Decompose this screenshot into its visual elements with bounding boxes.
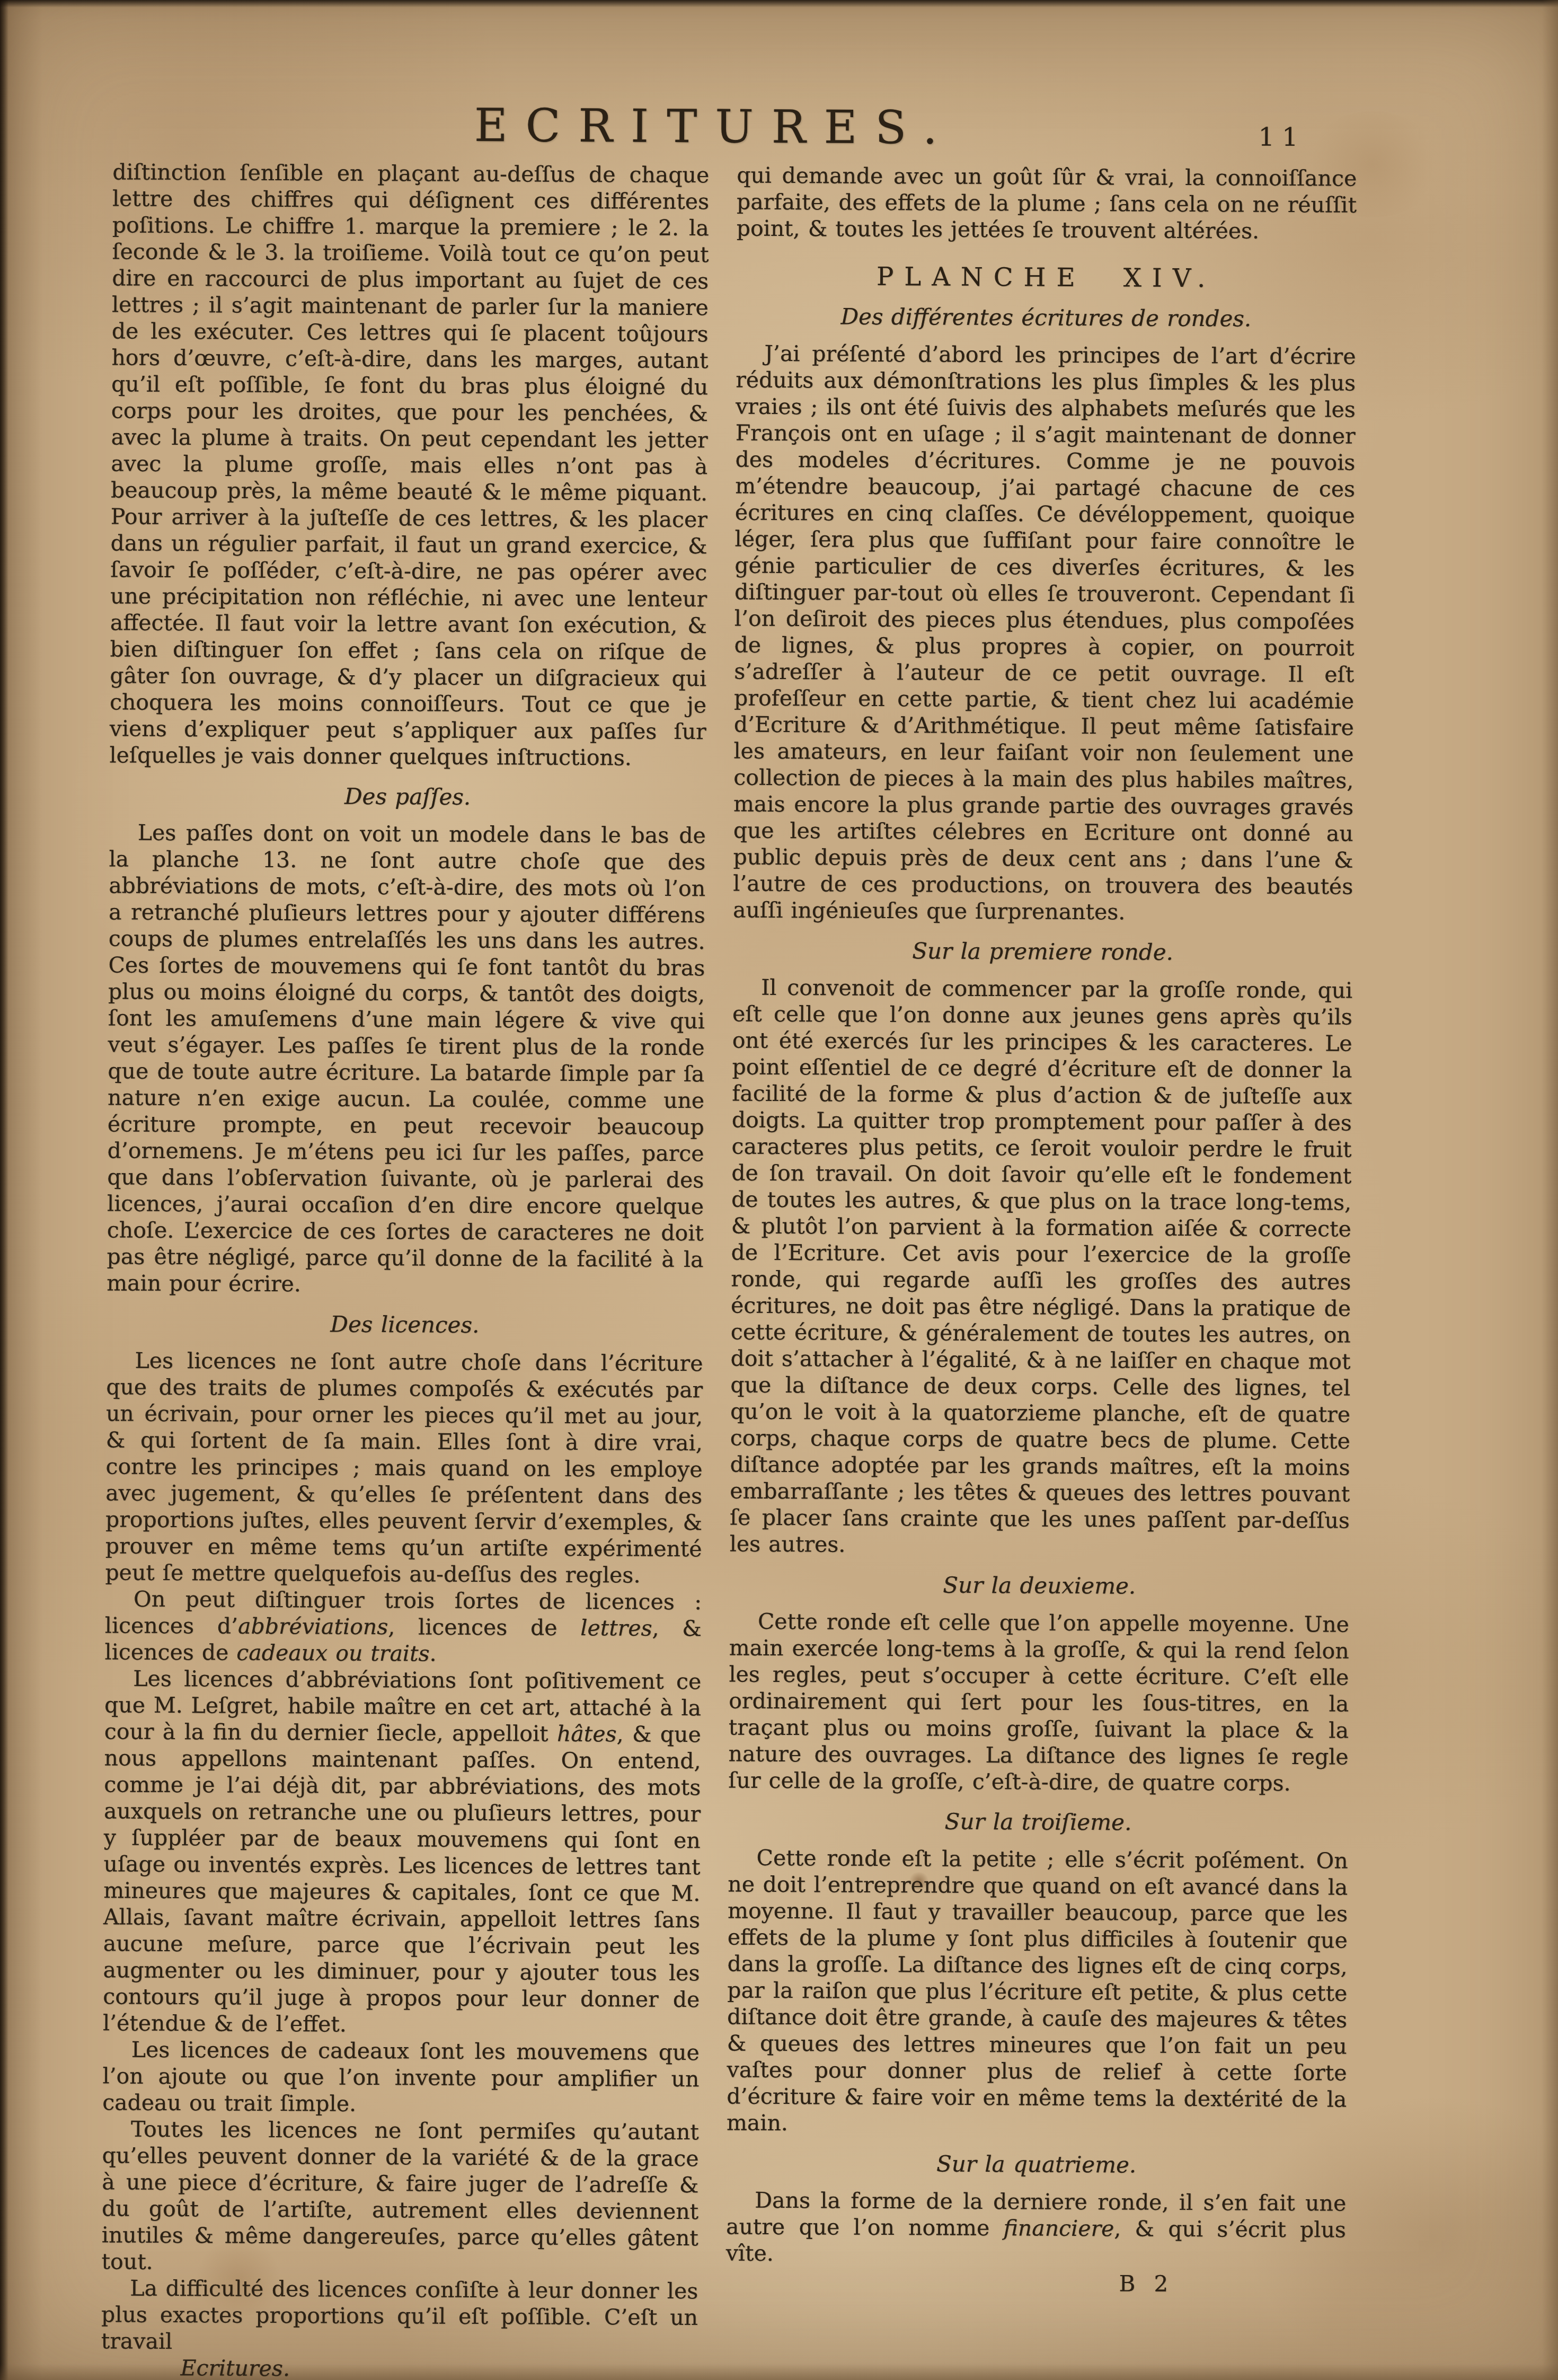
text-segment: Cette ronde eſt la petite ; elle s’écrit… bbox=[727, 1845, 1348, 2136]
paragraph: Cette ronde eſt celle que l’on appelle m… bbox=[728, 1608, 1349, 1797]
text-segment: Cette ronde eſt celle que l’on appelle m… bbox=[728, 1609, 1349, 1796]
paragraph: J’ai préſenté d’abord les principes de l… bbox=[733, 340, 1356, 927]
page-content: ECRITURES. 11 diſtinction ſenſible en pl… bbox=[0, 0, 1558, 2380]
paragraph: Les licences d’abbréviations ſont poſiti… bbox=[103, 1665, 702, 2039]
paragraph: Les licences de cadeaux ſont les mouveme… bbox=[102, 2036, 700, 2119]
paragraph: Les paſſes dont on voit un modele dans l… bbox=[107, 819, 706, 1299]
text-segment: hâtes bbox=[557, 1721, 617, 1747]
text-segment: Les licences de cadeaux ſont les mouveme… bbox=[102, 2037, 700, 2117]
section-heading: PLANCHE XIV. bbox=[736, 263, 1356, 293]
paragraph: Les licences ne ſont autre choſe dans l’… bbox=[105, 1347, 703, 1589]
text-segment: abbréviations bbox=[238, 1614, 388, 1639]
column-left: diſtinction ſenſible en plaçant au-deſſu… bbox=[101, 158, 709, 2380]
text-segment: . bbox=[429, 1641, 436, 1667]
section-heading: Sur la troiſieme. bbox=[728, 1808, 1348, 1837]
text-segment: financiere bbox=[1003, 2215, 1114, 2241]
text-segment: Toutes les licences ne ſont permiſes qu’… bbox=[102, 2117, 700, 2275]
column-right: qui demande avec un goût ſûr & vrai, la … bbox=[725, 162, 1357, 2298]
paragraph: Toutes les licences ne ſont permiſes qu’… bbox=[102, 2115, 700, 2278]
text-segment: lettres bbox=[580, 1615, 652, 1641]
text-segment: diſtinction ſenſible en plaçant au-deſſu… bbox=[109, 159, 709, 770]
book-page-scan: ECRITURES. 11 diſtinction ſenſible en pl… bbox=[0, 0, 1558, 2380]
section-heading: Des licences. bbox=[107, 1310, 703, 1339]
paragraph: Cette ronde eſt la petite ; elle s’écrit… bbox=[727, 1845, 1348, 2139]
text-segment: J’ai préſenté d’abord les principes de l… bbox=[733, 341, 1356, 925]
text-segment: , licences de bbox=[388, 1614, 580, 1641]
paragraph: On peut diſtinguer trois ſortes de licen… bbox=[105, 1585, 702, 1668]
page-number: 11 bbox=[1259, 122, 1306, 152]
text-segment: Les paſſes dont on voit un modele dans l… bbox=[107, 820, 706, 1297]
text-segment: qui demande avec un goût ſûr & vrai, la … bbox=[737, 163, 1357, 244]
section-heading: Sur la quatrieme. bbox=[727, 2150, 1347, 2180]
paragraph: La difficulté des licences conſiſte à le… bbox=[101, 2275, 698, 2357]
section-heading: Des différentes écritures de rondes. bbox=[736, 303, 1356, 333]
text-segment: cadeaux ou traits bbox=[236, 1640, 429, 1667]
catchword: Ecritures. bbox=[180, 2355, 697, 2380]
running-title: ECRITURES. bbox=[63, 97, 1367, 157]
text-segment: Il convenoit de commencer par la groſſe … bbox=[730, 975, 1353, 1557]
paragraph: qui demande avec un goût ſûr & vrai, la … bbox=[737, 162, 1357, 245]
text-segment: Les licences ne ſont autre choſe dans l’… bbox=[105, 1348, 703, 1588]
paragraph: diſtinction ſenſible en plaçant au-deſſu… bbox=[109, 158, 709, 771]
paragraph: Dans la forme de la derniere ronde, il s… bbox=[726, 2187, 1347, 2270]
section-heading: Sur la premiere ronde. bbox=[732, 937, 1352, 967]
section-heading: Sur la deuxieme. bbox=[729, 1571, 1349, 1601]
text-segment: La difficulté des licences conſiſte à le… bbox=[101, 2276, 698, 2354]
signature: B 2 bbox=[1119, 2270, 1345, 2298]
paragraph: Il convenoit de commencer par la groſſe … bbox=[730, 974, 1353, 1561]
text-segment: , & que nous appellons maintenant paſſes… bbox=[103, 1721, 701, 2037]
section-heading: Des paſſes. bbox=[109, 782, 706, 812]
